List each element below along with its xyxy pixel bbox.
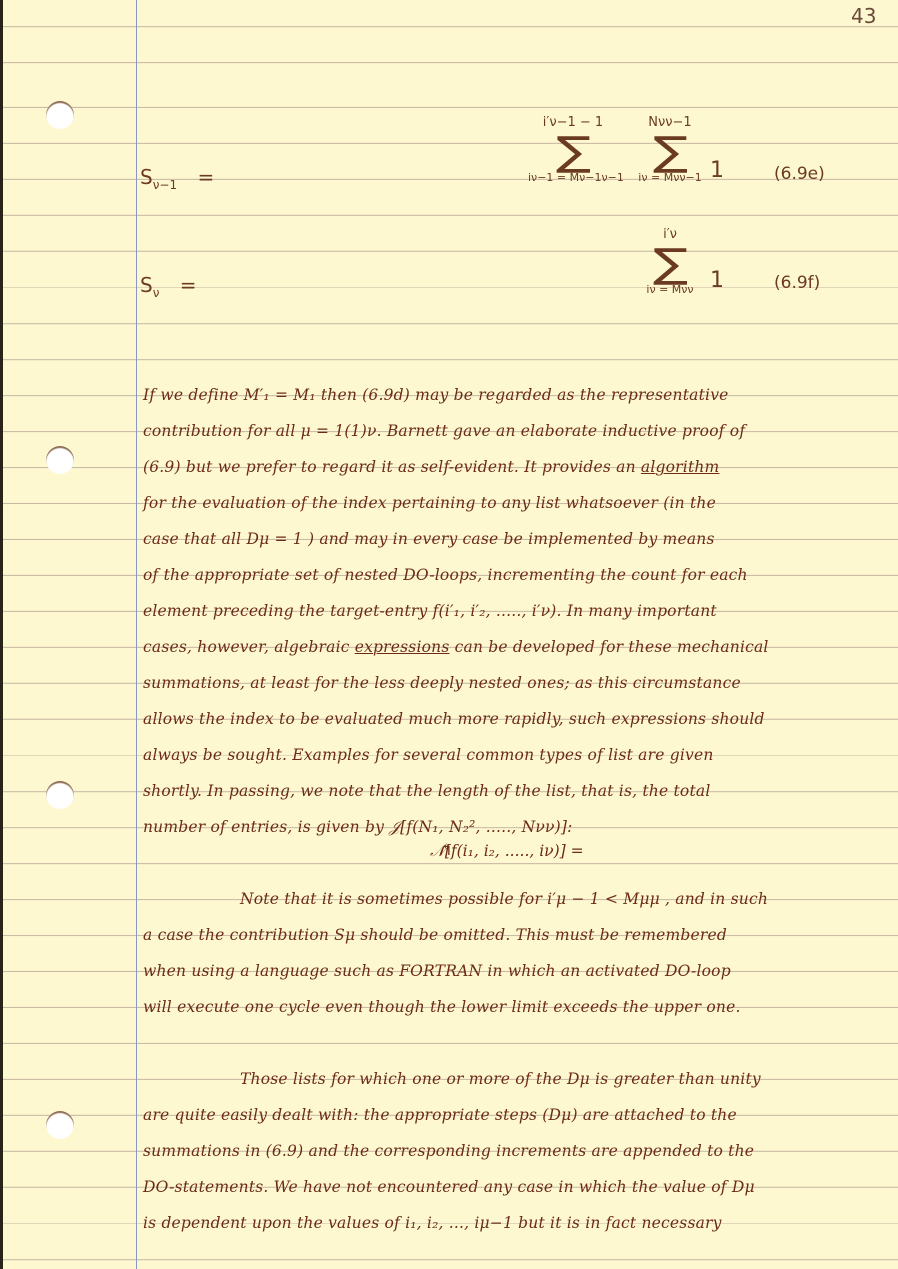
equation-lhs: Sν−1 =: [140, 165, 214, 192]
text-line: are quite easily dealt with: the appropr…: [143, 1097, 883, 1133]
text-line: summations in (6.9) and the correspondin…: [143, 1133, 883, 1169]
text-line: DO-statements. We have not encountered a…: [143, 1169, 883, 1205]
equation-lhs: Sν =: [140, 273, 197, 300]
summand: 1: [710, 158, 724, 183]
sigma-icon: ∑: [652, 246, 687, 282]
lhs-subscript: ν−1: [153, 178, 177, 192]
sigma-icon: ∑: [555, 134, 590, 170]
text-line: when using a language such as FORTRAN in…: [143, 953, 883, 989]
lhs-subscript: ν: [153, 286, 160, 300]
equals-sign: =: [180, 273, 197, 297]
summation: Nνν−1 ∑ iν = Mνν−1: [630, 112, 710, 186]
inserted-formula: 𝒩[f(i₁, i₂, ....., iν)] =: [430, 842, 584, 861]
text-line: shortly. In passing, we note that the le…: [143, 773, 883, 809]
equals-sign: =: [197, 165, 214, 189]
text-line: will execute one cycle even though the l…: [143, 989, 883, 1025]
page-number: 43: [851, 4, 876, 28]
punch-hole: [46, 101, 74, 129]
sigma-icon: ∑: [652, 134, 687, 170]
text-line: Note that it is sometimes possible for i…: [240, 881, 880, 917]
text-line-underline: (6.9) but we prefer to regard it as self…: [143, 458, 719, 476]
text-line: is dependent upon the values of i₁, i₂, …: [143, 1205, 883, 1241]
text-line: allows the index to be evaluated much mo…: [143, 701, 883, 737]
lhs-symbol: S: [140, 165, 153, 189]
equation-label: (6.9e): [774, 164, 825, 184]
text-line: contribution for all μ = 1(1)ν. Barnett …: [143, 413, 883, 449]
equation-label: (6.9f): [774, 273, 820, 293]
text-line: for the evaluation of the index pertaini…: [143, 485, 883, 521]
summand: 1: [710, 268, 724, 293]
lhs-symbol: S: [140, 273, 153, 297]
text-line: Those lists for which one or more of the…: [240, 1061, 880, 1097]
punch-hole: [46, 1111, 74, 1139]
punch-hole: [46, 781, 74, 809]
text-line: number of entries, is given by 𝒥[f(N₁, N…: [143, 809, 883, 845]
page-edge: [0, 0, 3, 1269]
text-line: of the appropriate set of nested DO-loop…: [143, 557, 883, 593]
summation: i′ν−1 − 1 ∑ iν−1 = Mν−1ν−1: [528, 112, 618, 186]
text-line: If we define M′₁ = M₁ then (6.9d) may be…: [143, 377, 883, 413]
text-line-underline: cases, however, algebraic expressions ca…: [143, 638, 769, 656]
text-line: case that all Dμ = 1 ) and may in every …: [143, 521, 883, 557]
text-line: a case the contribution Sμ should be omi…: [143, 917, 883, 953]
notebook-page: 43 Sν−1 = i′ν−1 − 1 ∑ iν−1 = Mν−1ν−1 Nνν…: [0, 0, 898, 1269]
text-line: summations, at least for the less deeply…: [143, 665, 883, 701]
margin-line: [136, 0, 137, 1269]
text-line: always be sought. Examples for several c…: [143, 737, 883, 773]
punch-hole: [46, 446, 74, 474]
summation: i′ν ∑ iν = Mνν: [630, 224, 710, 298]
text-line: (6.9) but we prefer to regard it as self…: [143, 449, 883, 485]
text-line: cases, however, algebraic expressions ca…: [143, 629, 883, 665]
text-line: element preceding the target-entry f(i′₁…: [143, 593, 883, 629]
